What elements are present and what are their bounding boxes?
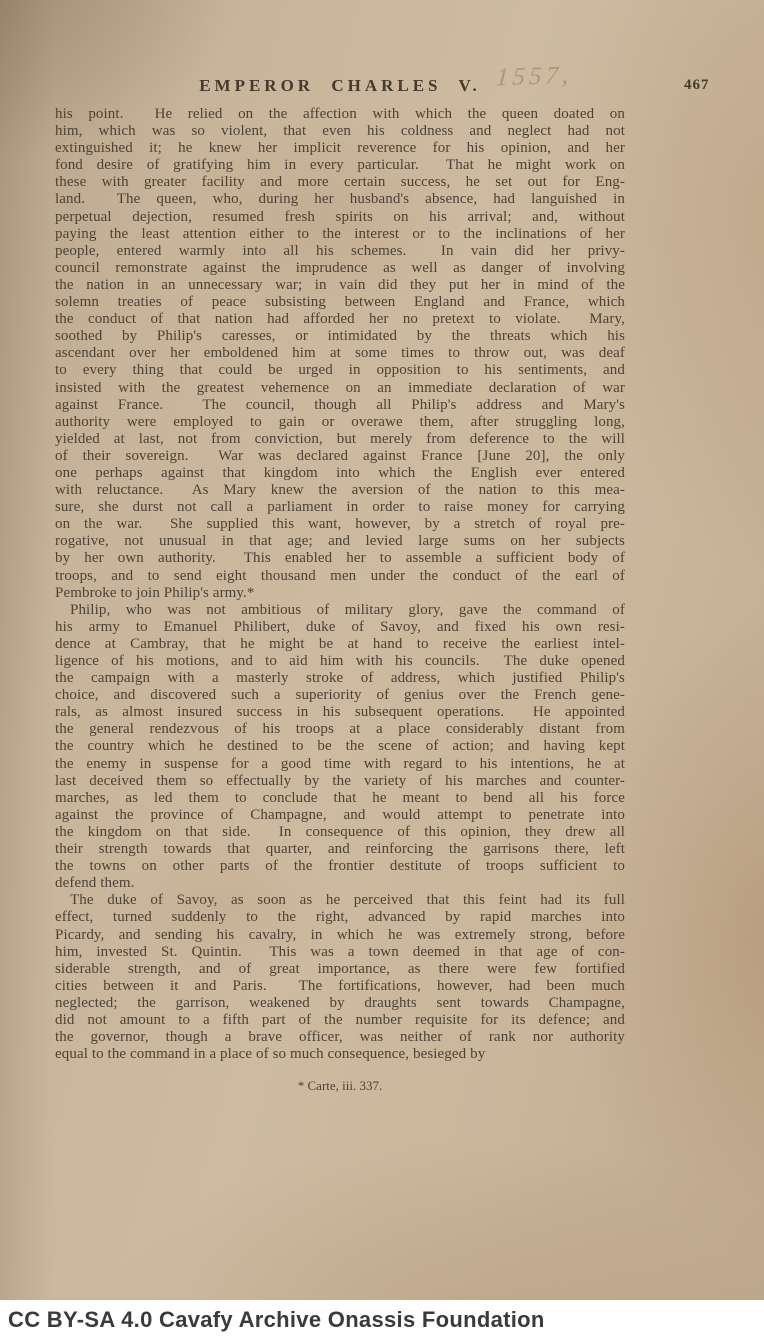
text-line: their strength towards that quarter, and… — [55, 841, 625, 858]
text-line: council remonstrate against the impruden… — [55, 260, 625, 277]
paragraph: The duke of Savoy, as soon as he perceiv… — [55, 892, 625, 1063]
text-line: with reluctance. As Mary knew the aversi… — [55, 482, 625, 499]
text-line: Picardy, and sending his cavalry, in whi… — [55, 927, 625, 944]
text-line: choice, and discovered such a superiorit… — [55, 687, 625, 704]
text-line: the kingdom on that side. In consequence… — [55, 824, 625, 841]
screenshot-root: EMPEROR CHARLES V. 1557, 467 his point. … — [0, 0, 764, 1340]
text-line: him, which was so violent, that even his… — [55, 123, 625, 140]
text-line: extinguished it; he knew her implicit re… — [55, 140, 625, 157]
text-line: soothed by Philip's caresses, or intimid… — [55, 328, 625, 345]
text-line: the nation in an unnecessary war; in vai… — [55, 277, 625, 294]
text-line: authority were employed to gain or overa… — [55, 414, 625, 431]
text-line: land. The queen, who, during her husband… — [55, 191, 625, 208]
text-line: him, invested St. Quintin. This was a to… — [55, 944, 625, 961]
text-line: paying the least attention either to the… — [55, 226, 625, 243]
text-line: these with greater facility and more cer… — [55, 174, 625, 191]
text-line: sure, she durst not call a parliament in… — [55, 499, 625, 516]
handwritten-year-annotation: 1557, — [495, 62, 573, 93]
text-line: did not amount to a fifth part of the nu… — [55, 1012, 625, 1029]
text-line: on the war. She supplied this want, howe… — [55, 516, 625, 533]
page-number: 467 — [684, 77, 710, 94]
text-line: against France. The council, though all … — [55, 397, 625, 414]
text-line: equal to the command in a place of so mu… — [55, 1046, 625, 1063]
footnote: * Carte, iii. 337. — [55, 1078, 625, 1094]
text-line: his point. He relied on the affection wi… — [55, 106, 625, 123]
text-line: ascendant over her emboldened him at som… — [55, 345, 625, 362]
text-line: last deceived them so effectually by the… — [55, 773, 625, 790]
text-line: defend them. — [55, 875, 625, 892]
book-page-scan: EMPEROR CHARLES V. 1557, 467 his point. … — [0, 0, 764, 1300]
license-caption-bar: CC BY-SA 4.0 Cavafy Archive Onassis Foun… — [0, 1300, 764, 1340]
text-line: neglected; the garrison, weakened by dra… — [55, 995, 625, 1012]
text-line: Pembroke to join Philip's army.* — [55, 585, 625, 602]
text-line: rogative, not unusual in that age; and l… — [55, 533, 625, 550]
text-line: his army to Emanuel Philibert, duke of S… — [55, 619, 625, 636]
text-line: Philip, who was not ambitious of militar… — [55, 602, 625, 619]
text-line: one perhaps against that kingdom into wh… — [55, 465, 625, 482]
text-line: to every thing that could be urged in op… — [55, 362, 625, 379]
paragraph: his point. He relied on the affection wi… — [55, 106, 625, 602]
text-line: ligence of his motions, and to aid him w… — [55, 653, 625, 670]
text-line: troops, and to send eight thousand men u… — [55, 568, 625, 585]
text-line: solemn treaties of peace subsisting betw… — [55, 294, 625, 311]
text-line: against the province of Champagne, and w… — [55, 807, 625, 824]
text-line: the conduct of that nation had afforded … — [55, 311, 625, 328]
text-line: rals, as almost insured success in his s… — [55, 704, 625, 721]
text-line: the general rendezvous of his troops at … — [55, 721, 625, 738]
text-line: The duke of Savoy, as soon as he perceiv… — [55, 892, 625, 909]
text-line: effect, turned suddenly to the right, ad… — [55, 909, 625, 926]
text-line: the campaign with a masterly stroke of a… — [55, 670, 625, 687]
text-line: perpetual dejection, resumed fresh spiri… — [55, 209, 625, 226]
text-line: fond desire of gratifying him in every p… — [55, 157, 625, 174]
text-line: siderable strength, and of great importa… — [55, 961, 625, 978]
text-line: yielded at last, not from conviction, bu… — [55, 431, 625, 448]
text-line: the governor, though a brave officer, wa… — [55, 1029, 625, 1046]
text-line: insisted with the greatest vehemence on … — [55, 380, 625, 397]
license-caption-text: CC BY-SA 4.0 Cavafy Archive Onassis Foun… — [0, 1307, 545, 1333]
text-line: people, entered warmly into all his sche… — [55, 243, 625, 260]
text-line: cities between it and Paris. The fortifi… — [55, 978, 625, 995]
text-line: by her own authority. This enabled her t… — [55, 550, 625, 567]
page-body-text: his point. He relied on the affection wi… — [55, 106, 625, 1063]
text-line: marches, as led them to conclude that he… — [55, 790, 625, 807]
text-line: dence at Cambray, that he might be at ha… — [55, 636, 625, 653]
text-line: the towns on other parts of the frontier… — [55, 858, 625, 875]
paragraph: Philip, who was not ambitious of militar… — [55, 602, 625, 893]
text-line: of their sovereign. War was declared aga… — [55, 448, 625, 465]
text-line: the country which he destined to be the … — [55, 738, 625, 755]
text-line: the enemy in suspense for a good time wi… — [55, 756, 625, 773]
